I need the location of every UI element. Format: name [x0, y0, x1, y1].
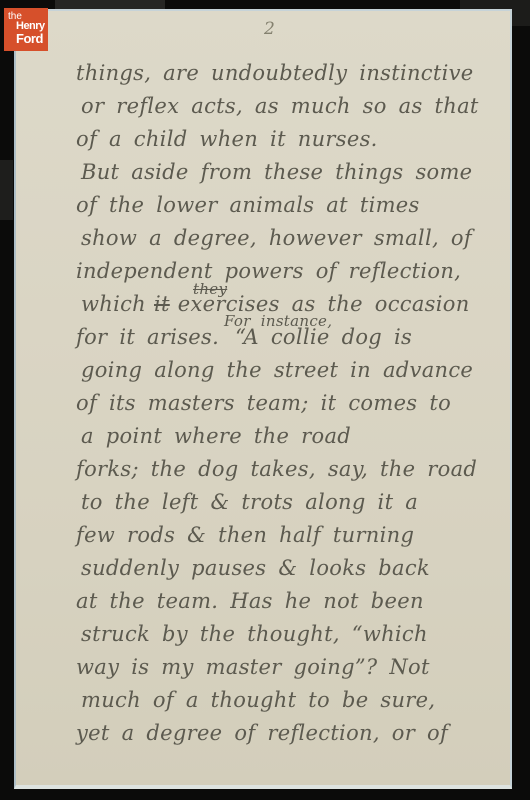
page-number: 2: [264, 19, 275, 39]
document-scan-background: the Henry Ford 2 things, are undoubtedly…: [0, 0, 530, 800]
manuscript-line: to the left & trots along it a: [81, 486, 514, 519]
handwritten-text-block: things, are undoubtedly instinctive or r…: [16, 57, 514, 750]
manuscript-line: But aside from these things some: [81, 156, 514, 189]
scanner-background-patch: [0, 160, 13, 220]
manuscript-page: 2 things, are undoubtedly instinctive or…: [14, 9, 512, 789]
inserted-word: they: [193, 282, 227, 297]
struck-word: it: [154, 292, 170, 316]
manuscript-line: or reflex acts, as much so as that: [81, 90, 514, 123]
line-word-group: which: [81, 292, 146, 316]
henry-ford-logo: the Henry Ford: [4, 8, 48, 51]
logo-text-ford: Ford: [16, 31, 43, 46]
manuscript-line: of a child when it nurses.: [76, 123, 514, 156]
manuscript-line: few rods & then half turning: [76, 519, 514, 552]
manuscript-line: struck by the thought, “which: [81, 618, 514, 651]
manuscript-line: of its masters team; it comes to: [76, 387, 514, 420]
manuscript-line: show a degree, however small, of: [81, 222, 514, 255]
manuscript-line: yet a degree of reflection, or of: [76, 717, 514, 750]
manuscript-line: much of a thought to be sure,: [81, 684, 514, 717]
manuscript-line: forks; the dog takes, say, the road: [76, 453, 514, 486]
manuscript-line: way is my master going”? Not: [76, 651, 514, 684]
manuscript-line: a point where the road: [81, 420, 514, 453]
manuscript-line: at the team. Has he not been: [76, 585, 514, 618]
manuscript-line: suddenly pauses & looks back: [81, 552, 514, 585]
manuscript-line: independent powers of reflection,: [76, 255, 514, 288]
manuscript-line: things, are undoubtedly instinctive: [76, 57, 514, 90]
manuscript-line-with-insertion: for it arises.“A collie dog is For insta…: [76, 321, 514, 354]
manuscript-line: of the lower animals at times: [76, 189, 514, 222]
scanner-background-patch: [55, 0, 165, 9]
line-word-group: for it arises.: [76, 325, 219, 349]
inserted-phrase: For instance,: [224, 314, 332, 329]
manuscript-line: going along the street in advance: [81, 354, 514, 387]
